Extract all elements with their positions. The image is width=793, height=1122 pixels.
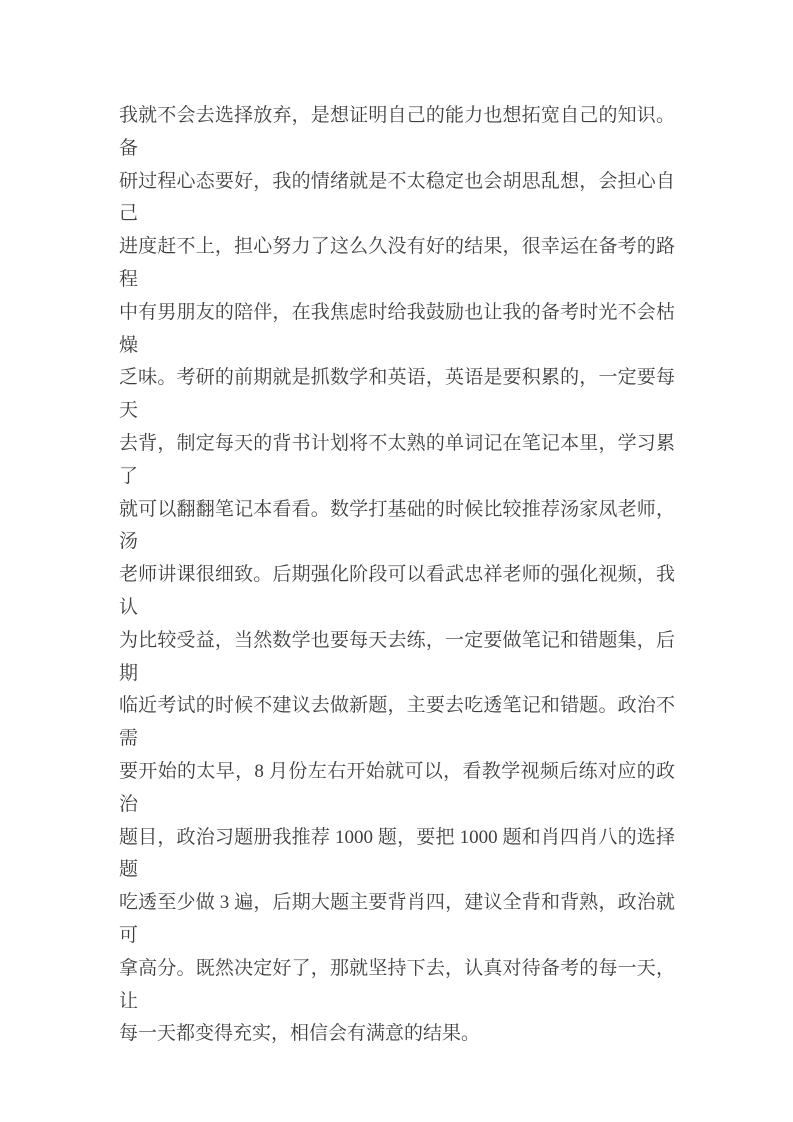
text-line: 题目，政治习题册我推荐 1000 题，要把 1000 题和肖四肖八的选择题 [119, 822, 675, 888]
text-line: 我就不会去选择放弃，是想证明自己的能力也想拓宽自己的知识。备 [119, 100, 675, 166]
text-line: 研过程心态要好，我的情绪就是不太稳定也会胡思乱想，会担心自己 [119, 166, 675, 232]
text-line: 进度赶不上，担心努力了这么久没有好的结果，很幸运在备考的路程 [119, 231, 675, 297]
text-line: 要开始的太早，8 月份左右开始就可以，看教学视频后练对应的政治 [119, 756, 675, 822]
text-line: 乏味。考研的前期就是抓数学和英语，英语是要积累的，一定要每天 [119, 362, 675, 428]
text-line: 每一天都变得充实，相信会有满意的结果。 [119, 1018, 675, 1051]
text-line: 中有男朋友的陪伴，在我焦虑时给我鼓励也让我的备考时光不会枯燥 [119, 297, 675, 363]
text-line: 吃透至少做 3 遍，后期大题主要背肖四，建议全背和背熟，政治就可 [119, 887, 675, 953]
document-page: 我就不会去选择放弃，是想证明自己的能力也想拓宽自己的知识。备 研过程心态要好，我… [0, 0, 793, 1122]
text-line: 去背，制定每天的背书计划将不太熟的单词记在笔记本里，学习累了 [119, 428, 675, 494]
body-text: 我就不会去选择放弃，是想证明自己的能力也想拓宽自己的知识。备 研过程心态要好，我… [119, 100, 675, 1051]
text-line: 老师讲课很细致。后期强化阶段可以看武忠祥老师的强化视频，我认 [119, 559, 675, 625]
text-line: 就可以翻翻笔记本看看。数学打基础的时候比较推荐汤家凤老师，汤 [119, 494, 675, 560]
text-line: 临近考试的时候不建议去做新题，主要去吃透笔记和错题。政治不需 [119, 690, 675, 756]
text-line: 为比较受益，当然数学也要每天去练，一定要做笔记和错题集，后期 [119, 625, 675, 691]
text-line: 拿高分。既然决定好了，那就坚持下去，认真对待备考的每一天，让 [119, 953, 675, 1019]
